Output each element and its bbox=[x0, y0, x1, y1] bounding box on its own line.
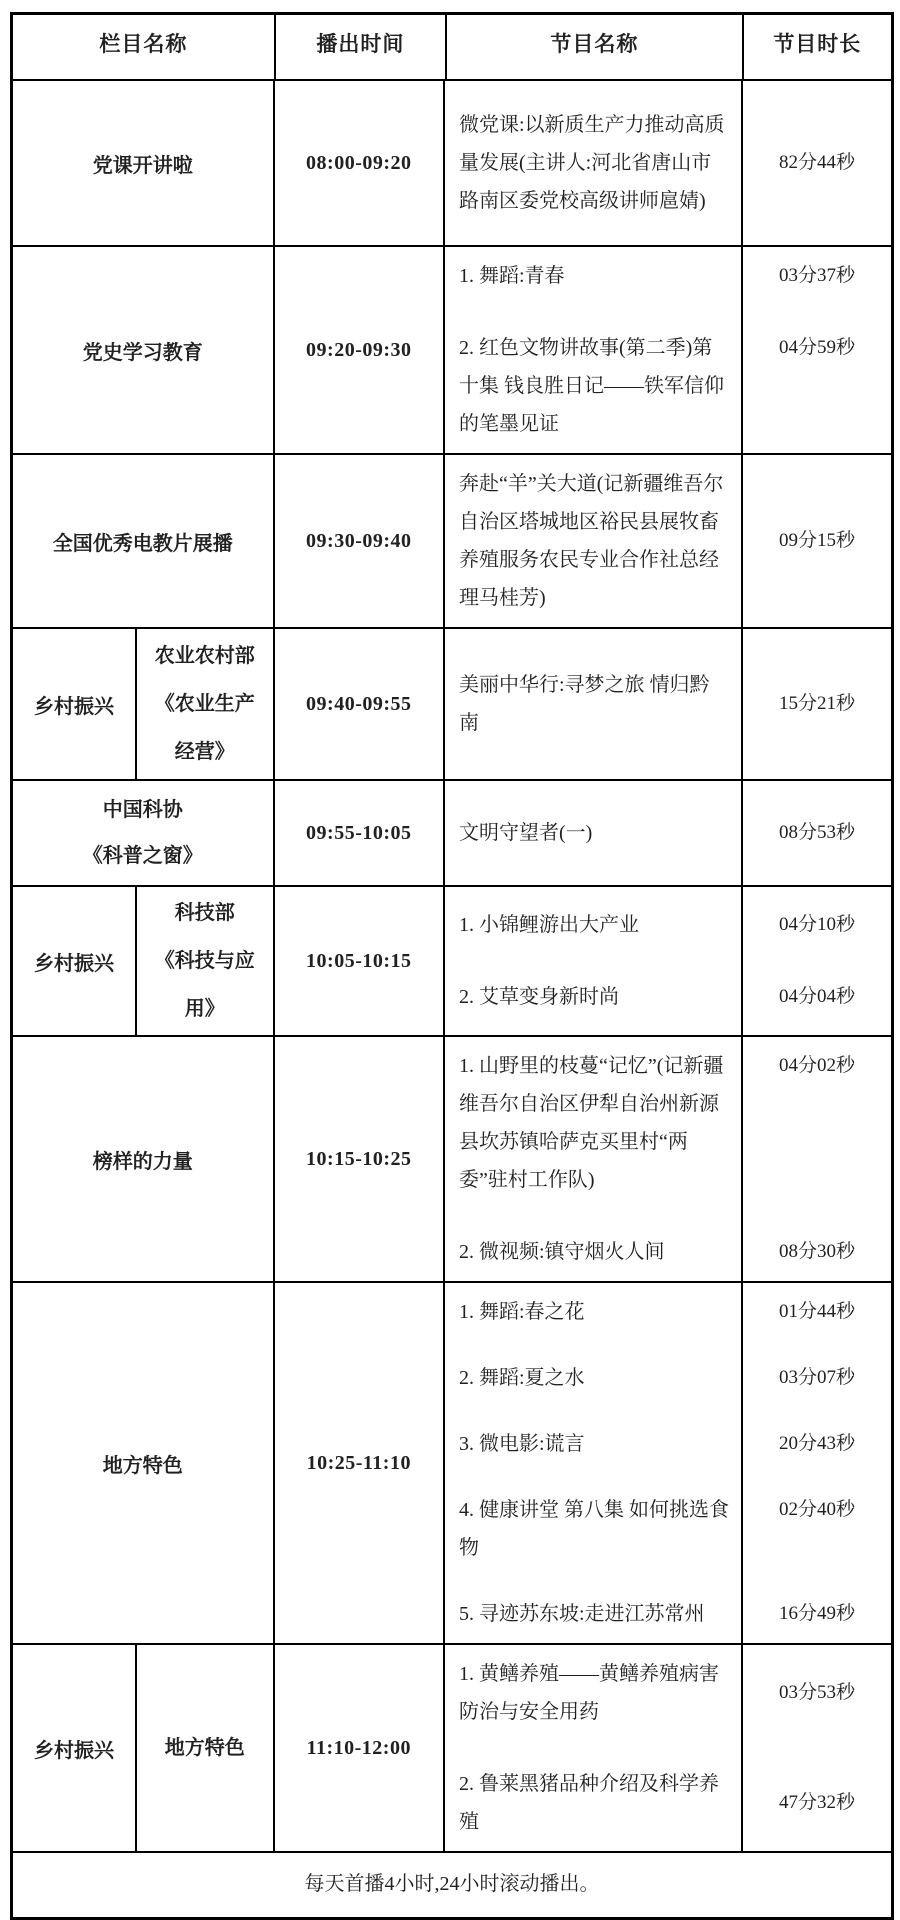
subcolumn-line: 用》 bbox=[185, 985, 225, 1033]
column-name-cell: 乡村振兴 bbox=[13, 887, 137, 1035]
column-name-line: 中国科协 bbox=[103, 787, 183, 833]
subcolumn-cell: 农业农村部 《农业生产 经营》 bbox=[137, 629, 273, 779]
programs-cell: 1. 舞蹈:春之花 01分44秒 2. 舞蹈:夏之水 03分07秒 3. 微电影… bbox=[445, 1283, 891, 1643]
column-divider bbox=[741, 247, 743, 453]
program-duration: 03分53秒 bbox=[743, 1674, 891, 1712]
column-divider bbox=[741, 1037, 743, 1281]
broadcast-time-cell: 11:10-12:00 bbox=[275, 1645, 445, 1851]
program-title: 2. 艾草变身新时尚 bbox=[445, 978, 741, 1016]
program-title: 3. 微电影:谎言 bbox=[445, 1425, 741, 1463]
program-item: 2. 微视频:镇守烟火人间 08分30秒 bbox=[445, 1233, 891, 1271]
column-group-cell: 乡村振兴 农业农村部 《农业生产 经营》 bbox=[13, 629, 275, 779]
program-title: 2. 鲁莱黑猪品种介绍及科学养殖 bbox=[445, 1765, 741, 1841]
header-row: 栏目名称 播出时间 节目名称 节目时长 bbox=[13, 15, 891, 81]
column-divider bbox=[741, 781, 743, 885]
broadcast-time-cell: 10:15-10:25 bbox=[275, 1037, 445, 1281]
column-name-cell: 党课开讲啦 bbox=[13, 81, 275, 245]
column-divider bbox=[741, 1645, 743, 1851]
program-title: 2. 舞蹈:夏之水 bbox=[445, 1359, 741, 1397]
program-title: 1. 小锦鲤游出大产业 bbox=[445, 906, 741, 944]
column-group-cell: 乡村振兴 科技部 《科技与应 用》 bbox=[13, 887, 275, 1035]
program-item: 2. 鲁莱黑猪品种介绍及科学养殖 47分32秒 bbox=[445, 1765, 891, 1841]
program-title: 1. 舞蹈:青春 bbox=[445, 257, 741, 295]
column-group-cell: 乡村振兴 地方特色 bbox=[13, 1645, 275, 1851]
column-divider bbox=[741, 887, 743, 1035]
column-divider bbox=[741, 629, 743, 779]
program-duration: 04分04秒 bbox=[743, 978, 891, 1016]
program-duration: 08分53秒 bbox=[743, 814, 891, 852]
program-title: 美丽中华行:寻梦之旅 情归黔南 bbox=[445, 666, 741, 742]
footer-row: 每天首播4小时,24小时滚动播出。 bbox=[13, 1853, 891, 1917]
broadcast-time-cell: 09:55-10:05 bbox=[275, 781, 445, 885]
programs-cell: 美丽中华行:寻梦之旅 情归黔南 15分21秒 bbox=[445, 629, 891, 779]
schedule-page: 栏目名称 播出时间 节目名称 节目时长 党课开讲啦 08:00-09:20 微党… bbox=[0, 0, 900, 1881]
broadcast-time-cell: 09:40-09:55 bbox=[275, 629, 445, 779]
subcolumn-line: 地方特色 bbox=[165, 1724, 245, 1772]
program-duration: 08分30秒 bbox=[743, 1233, 891, 1271]
broadcast-time-cell: 09:30-09:40 bbox=[275, 455, 445, 627]
subcolumn-line: 科技部 bbox=[175, 889, 235, 937]
program-item: 奔赴“羊”关大道(记新疆维吾尔自治区塔城地区裕民县展牧畜养殖服务农民专业合作社总… bbox=[445, 465, 891, 617]
subcolumn-line: 《农业生产 bbox=[155, 680, 255, 728]
table-row: 全国优秀电教片展播 09:30-09:40 奔赴“羊”关大道(记新疆维吾尔自治区… bbox=[13, 455, 891, 629]
program-title: 4. 健康讲堂 第八集 如何挑选食物 bbox=[445, 1491, 741, 1567]
column-name-cell: 全国优秀电教片展播 bbox=[13, 455, 275, 627]
table-row: 党课开讲啦 08:00-09:20 微党课:以新质生产力推动高质量发展(主讲人:… bbox=[13, 81, 891, 247]
column-name-cell: 中国科协 《科普之窗》 bbox=[13, 781, 275, 885]
program-title: 微党课:以新质生产力推动高质量发展(主讲人:河北省唐山市路南区委党校高级讲师扈婧… bbox=[445, 106, 741, 220]
broadcast-time-cell: 09:20-09:30 bbox=[275, 247, 445, 453]
program-item: 微党课:以新质生产力推动高质量发展(主讲人:河北省唐山市路南区委党校高级讲师扈婧… bbox=[445, 106, 891, 220]
header-program-duration: 节目时长 bbox=[744, 15, 891, 79]
subcolumn-cell: 地方特色 bbox=[137, 1645, 273, 1851]
table-row: 乡村振兴 科技部 《科技与应 用》 10:05-10:15 1. 小锦鲤游出大产… bbox=[13, 887, 891, 1037]
column-name-cell: 乡村振兴 bbox=[13, 1645, 137, 1851]
footer-note: 每天首播4小时,24小时滚动播出。 bbox=[13, 1853, 891, 1917]
subcolumn-cell: 科技部 《科技与应 用》 bbox=[137, 887, 273, 1035]
program-duration: 16分49秒 bbox=[743, 1595, 891, 1633]
subcolumn-line: 农业农村部 bbox=[155, 632, 255, 680]
column-divider bbox=[741, 455, 743, 627]
program-title: 1. 黄鳝养殖——黄鳝养殖病害防治与安全用药 bbox=[445, 1655, 741, 1731]
program-duration: 03分07秒 bbox=[743, 1359, 891, 1397]
program-item: 5. 寻迹苏东坡:走进江苏常州 16分49秒 bbox=[445, 1595, 891, 1633]
programs-cell: 微党课:以新质生产力推动高质量发展(主讲人:河北省唐山市路南区委党校高级讲师扈婧… bbox=[445, 81, 891, 245]
programs-cell: 1. 山野里的枝蔓“记忆”(记新疆维吾尔自治区伊犁自治州新源县坎苏镇哈萨克买里村… bbox=[445, 1037, 891, 1281]
subcolumn-line: 经营》 bbox=[175, 728, 235, 776]
program-item: 文明守望者(一) 08分53秒 bbox=[445, 814, 891, 852]
programs-cell: 文明守望者(一) 08分53秒 bbox=[445, 781, 891, 885]
program-title: 奔赴“羊”关大道(记新疆维吾尔自治区塔城地区裕民县展牧畜养殖服务农民专业合作社总… bbox=[445, 465, 741, 617]
broadcast-time-cell: 10:05-10:15 bbox=[275, 887, 445, 1035]
broadcast-time-cell: 10:25-11:10 bbox=[275, 1283, 445, 1643]
program-item: 4. 健康讲堂 第八集 如何挑选食物 02分40秒 bbox=[445, 1491, 891, 1567]
program-item: 3. 微电影:谎言 20分43秒 bbox=[445, 1425, 891, 1463]
program-title: 2. 红色文物讲故事(第二季)第十集 钱良胜日记——铁军信仰的笔墨见证 bbox=[445, 329, 741, 443]
header-broadcast-time: 播出时间 bbox=[276, 15, 447, 79]
column-name-cell: 榜样的力量 bbox=[13, 1037, 275, 1281]
broadcast-time-cell: 08:00-09:20 bbox=[275, 81, 445, 245]
header-program-name: 节目名称 bbox=[447, 15, 744, 79]
schedule-table: 栏目名称 播出时间 节目名称 节目时长 党课开讲啦 08:00-09:20 微党… bbox=[10, 12, 894, 1920]
program-item: 1. 黄鳝养殖——黄鳝养殖病害防治与安全用药 03分53秒 bbox=[445, 1655, 891, 1731]
column-name-cell: 地方特色 bbox=[13, 1283, 275, 1643]
program-duration: 04分59秒 bbox=[743, 329, 891, 367]
table-row: 乡村振兴 农业农村部 《农业生产 经营》 09:40-09:55 美丽中华行:寻… bbox=[13, 629, 891, 781]
program-item: 2. 红色文物讲故事(第二季)第十集 钱良胜日记——铁军信仰的笔墨见证 04分5… bbox=[445, 329, 891, 443]
column-divider bbox=[741, 81, 743, 245]
program-duration: 04分02秒 bbox=[743, 1047, 891, 1085]
program-duration: 47分32秒 bbox=[743, 1784, 891, 1822]
program-duration: 01分44秒 bbox=[743, 1293, 891, 1331]
table-row: 地方特色 10:25-11:10 1. 舞蹈:春之花 01分44秒 2. 舞蹈:… bbox=[13, 1283, 891, 1645]
program-item: 美丽中华行:寻梦之旅 情归黔南 15分21秒 bbox=[445, 666, 891, 742]
column-divider bbox=[741, 1283, 743, 1643]
program-duration: 09分15秒 bbox=[743, 522, 891, 560]
program-item: 1. 小锦鲤游出大产业 04分10秒 bbox=[445, 906, 891, 944]
program-title: 文明守望者(一) bbox=[445, 814, 741, 852]
program-duration: 04分10秒 bbox=[743, 906, 891, 944]
table-row: 榜样的力量 10:15-10:25 1. 山野里的枝蔓“记忆”(记新疆维吾尔自治… bbox=[13, 1037, 891, 1283]
table-row: 中国科协 《科普之窗》 09:55-10:05 文明守望者(一) 08分53秒 bbox=[13, 781, 891, 887]
program-duration: 15分21秒 bbox=[743, 685, 891, 723]
program-title: 5. 寻迹苏东坡:走进江苏常州 bbox=[445, 1595, 741, 1633]
table-row: 乡村振兴 地方特色 11:10-12:00 1. 黄鳝养殖——黄鳝养殖病害防治与… bbox=[13, 1645, 891, 1853]
program-title: 1. 舞蹈:春之花 bbox=[445, 1293, 741, 1331]
program-item: 1. 舞蹈:青春 03分37秒 bbox=[445, 257, 891, 295]
column-name-line: 《科普之窗》 bbox=[83, 833, 203, 879]
programs-cell: 1. 舞蹈:青春 03分37秒 2. 红色文物讲故事(第二季)第十集 钱良胜日记… bbox=[445, 247, 891, 453]
column-name-cell: 乡村振兴 bbox=[13, 629, 137, 779]
programs-cell: 1. 小锦鲤游出大产业 04分10秒 2. 艾草变身新时尚 04分04秒 bbox=[445, 887, 891, 1035]
program-title: 1. 山野里的枝蔓“记忆”(记新疆维吾尔自治区伊犁自治州新源县坎苏镇哈萨克买里村… bbox=[445, 1047, 741, 1199]
program-item: 1. 舞蹈:春之花 01分44秒 bbox=[445, 1293, 891, 1331]
program-duration: 02分40秒 bbox=[743, 1491, 891, 1529]
program-duration: 03分37秒 bbox=[743, 257, 891, 295]
program-duration: 20分43秒 bbox=[743, 1425, 891, 1463]
header-column-name: 栏目名称 bbox=[13, 15, 276, 79]
programs-cell: 1. 黄鳝养殖——黄鳝养殖病害防治与安全用药 03分53秒 2. 鲁莱黑猪品种介… bbox=[445, 1645, 891, 1851]
subcolumn-line: 《科技与应 bbox=[155, 937, 255, 985]
table-row: 党史学习教育 09:20-09:30 1. 舞蹈:青春 03分37秒 2. 红色… bbox=[13, 247, 891, 455]
program-item: 2. 艾草变身新时尚 04分04秒 bbox=[445, 978, 891, 1016]
program-duration: 82分44秒 bbox=[743, 144, 891, 182]
column-name-cell: 党史学习教育 bbox=[13, 247, 275, 453]
program-item: 2. 舞蹈:夏之水 03分07秒 bbox=[445, 1359, 891, 1397]
program-item: 1. 山野里的枝蔓“记忆”(记新疆维吾尔自治区伊犁自治州新源县坎苏镇哈萨克买里村… bbox=[445, 1047, 891, 1199]
program-title: 2. 微视频:镇守烟火人间 bbox=[445, 1233, 741, 1271]
programs-cell: 奔赴“羊”关大道(记新疆维吾尔自治区塔城地区裕民县展牧畜养殖服务农民专业合作社总… bbox=[445, 455, 891, 627]
